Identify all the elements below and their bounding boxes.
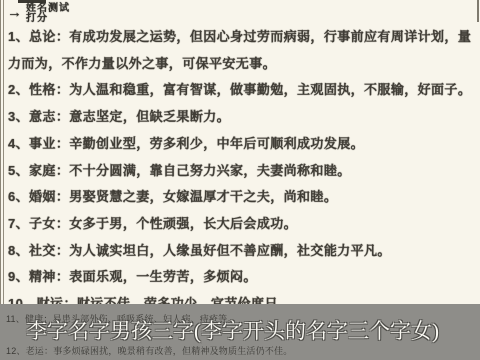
list-item-9: 9、精神：表面乐观，一生劳苦，多烦闷。 [8,264,476,291]
list-item-1: 1、总论：有成功发展之运势，但因心身过劳而病弱，行事前应有周详计划，量力而为，不… [8,24,476,77]
nav-label-link[interactable]: 姓名测试 打分 [26,4,70,24]
page: → 姓名测试 打分 1、总论：有成功发展之运势，但因心身过劳而病弱，行事前应有周… [0,0,480,360]
breadcrumb-nav: → 姓名测试 打分 [7,4,70,24]
list-item-8: 8、社交：为人诚实坦白，人缘虽好但不善应酬，社交能力平凡。 [8,238,476,265]
list-item-5: 5、家庭：不十分圆满，靠自己努力兴家，夫妻尚称和睦。 [8,158,476,185]
name-analysis-list: 1、总论：有成功发展之运势，但因心身过劳而病弱，行事前应有周详计划，量力而为，不… [8,24,476,318]
list-item-3: 3、意志：意志坚定，但缺乏果断力。 [8,104,476,131]
list-item-2: 2、性格：为人温和稳重，富有智谋，做事勤勉，主观固执，不服输，好面子。 [8,77,476,104]
list-item-6: 6、婚姻：男娶贤慧之妻，女嫁温厚才干之夫，尚和睦。 [8,184,476,211]
list-item-4: 4、事业：辛勤创业型，劳多利少，中年后可顺利成功发展。 [8,131,476,158]
right-border-line [477,0,479,22]
watermark-title: 李字名字男孩三字(李字开头的名字三个字女) [26,316,439,346]
list-item-7: 7、子女：女多于男，个性顽强，长大后会成功。 [8,211,476,238]
nav-label-line2: 打分 [26,14,70,24]
arrow-icon: → [7,4,22,22]
caption-band: 11、健康：易患头部外伤、呼吸系统、妇人病、痔疮等。 12、老运：事多烦碌困扰，… [0,304,480,360]
